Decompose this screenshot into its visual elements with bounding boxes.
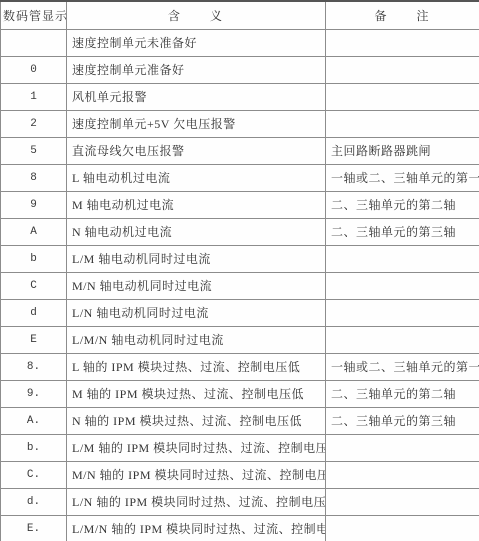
remark-cell (326, 57, 479, 84)
header-cell-remark: 备 注 (326, 1, 479, 30)
meaning-cell: 直流母线欠电压报警 (67, 138, 326, 165)
remark-cell: 二、三轴单元的第三轴 (326, 408, 479, 435)
remark-cell: 一轴或二、三轴单元的第一轴 (326, 354, 479, 381)
remark-cell (326, 300, 479, 327)
meaning-cell: N 轴电动机过电流 (67, 219, 326, 246)
table-row: 0 速度控制单元准备好 (1, 57, 479, 84)
table-row: 5 直流母线欠电压报警 主回路断路器跳闸 (1, 138, 479, 165)
display-code-cell: 1 (1, 84, 67, 111)
display-code-cell: b (1, 246, 67, 273)
header-cell-display-code: 数码管显示 (1, 1, 67, 30)
remark-cell: 二、三轴单元的第三轴 (326, 219, 479, 246)
display-code-cell: 0 (1, 57, 67, 84)
display-code-cell: 8 (1, 165, 67, 192)
display-code-cell: 2 (1, 111, 67, 138)
display-code-cell: E. (1, 516, 67, 541)
remark-cell: 主回路断路器跳闸 (326, 138, 479, 165)
meaning-cell: N 轴的 IPM 模块过热、过流、控制电压低 (67, 408, 326, 435)
table-row: A. N 轴的 IPM 模块过热、过流、控制电压低 二、三轴单元的第三轴 (1, 408, 479, 435)
table-header-row: 数码管显示 含 义 备 注 (1, 1, 479, 30)
alarm-code-table: 数码管显示 含 义 备 注 速度控制单元未准备好 0 速度控制单元准备好 1 风… (0, 0, 479, 541)
display-code-cell: E (1, 327, 67, 354)
table-row: C. M/N 轴的 IPM 模块同时过热、过流、控制电压低 (1, 462, 479, 489)
table-row: A N 轴电动机过电流 二、三轴单元的第三轴 (1, 219, 479, 246)
table-body: 速度控制单元未准备好 0 速度控制单元准备好 1 风机单元报警 2 速度控制单元… (1, 30, 479, 541)
table-row: 2 速度控制单元+5V 欠电压报警 (1, 111, 479, 138)
remark-cell: 二、三轴单元的第二轴 (326, 192, 479, 219)
meaning-cell: M/N 轴电动机同时过电流 (67, 273, 326, 300)
display-code-cell: 5 (1, 138, 67, 165)
meaning-cell: L/N 轴的 IPM 模块同时过热、过流、控制电压低 (67, 489, 326, 516)
display-code-cell (1, 30, 67, 57)
remark-cell (326, 516, 479, 541)
display-code-cell: C. (1, 462, 67, 489)
remark-cell (326, 435, 479, 462)
remark-cell: 二、三轴单元的第二轴 (326, 381, 479, 408)
table-row: 8 L 轴电动机过电流 一轴或二、三轴单元的第一轴 (1, 165, 479, 192)
meaning-cell: M 轴的 IPM 模块过热、过流、控制电压低 (67, 381, 326, 408)
table-row: 速度控制单元未准备好 (1, 30, 479, 57)
display-code-cell: 9. (1, 381, 67, 408)
display-code-cell: d. (1, 489, 67, 516)
meaning-cell: L 轴电动机过电流 (67, 165, 326, 192)
meaning-cell: L/M 轴电动机同时过电流 (67, 246, 326, 273)
remark-cell (326, 246, 479, 273)
display-code-cell: 9 (1, 192, 67, 219)
display-code-cell: 8. (1, 354, 67, 381)
meaning-cell: L/M 轴的 IPM 模块同时过热、过流、控制电压低 (67, 435, 326, 462)
remark-cell (326, 111, 479, 138)
meaning-cell: 速度控制单元准备好 (67, 57, 326, 84)
meaning-cell: L/M/N 轴电动机同时过电流 (67, 327, 326, 354)
header-cell-meaning: 含 义 (67, 1, 326, 30)
table-row: C M/N 轴电动机同时过电流 (1, 273, 479, 300)
table-row: 9. M 轴的 IPM 模块过热、过流、控制电压低 二、三轴单元的第二轴 (1, 381, 479, 408)
remark-cell (326, 327, 479, 354)
table-row: 8. L 轴的 IPM 模块过热、过流、控制电压低 一轴或二、三轴单元的第一轴 (1, 354, 479, 381)
remark-cell (326, 489, 479, 516)
display-code-cell: d (1, 300, 67, 327)
meaning-cell: L/M/N 轴的 IPM 模块同时过热、过流、控制电压低 (67, 516, 326, 541)
table-row: b. L/M 轴的 IPM 模块同时过热、过流、控制电压低 (1, 435, 479, 462)
table-row: E L/M/N 轴电动机同时过电流 (1, 327, 479, 354)
meaning-cell: M/N 轴的 IPM 模块同时过热、过流、控制电压低 (67, 462, 326, 489)
meaning-cell: L/N 轴电动机同时过电流 (67, 300, 326, 327)
remark-cell (326, 462, 479, 489)
remark-cell (326, 273, 479, 300)
table-row: 1 风机单元报警 (1, 84, 479, 111)
meaning-cell: 速度控制单元未准备好 (67, 30, 326, 57)
display-code-cell: b. (1, 435, 67, 462)
table-row: d. L/N 轴的 IPM 模块同时过热、过流、控制电压低 (1, 489, 479, 516)
meaning-cell: 速度控制单元+5V 欠电压报警 (67, 111, 326, 138)
table-row: d L/N 轴电动机同时过电流 (1, 300, 479, 327)
meaning-cell: L 轴的 IPM 模块过热、过流、控制电压低 (67, 354, 326, 381)
table-row: b L/M 轴电动机同时过电流 (1, 246, 479, 273)
remark-cell (326, 84, 479, 111)
display-code-cell: A (1, 219, 67, 246)
display-code-cell: A. (1, 408, 67, 435)
table-row: 9 M 轴电动机过电流 二、三轴单元的第二轴 (1, 192, 479, 219)
remark-cell: 一轴或二、三轴单元的第一轴 (326, 165, 479, 192)
remark-cell (326, 30, 479, 57)
meaning-cell: 风机单元报警 (67, 84, 326, 111)
display-code-cell: C (1, 273, 67, 300)
table-row: E. L/M/N 轴的 IPM 模块同时过热、过流、控制电压低 (1, 516, 479, 541)
meaning-cell: M 轴电动机过电流 (67, 192, 326, 219)
